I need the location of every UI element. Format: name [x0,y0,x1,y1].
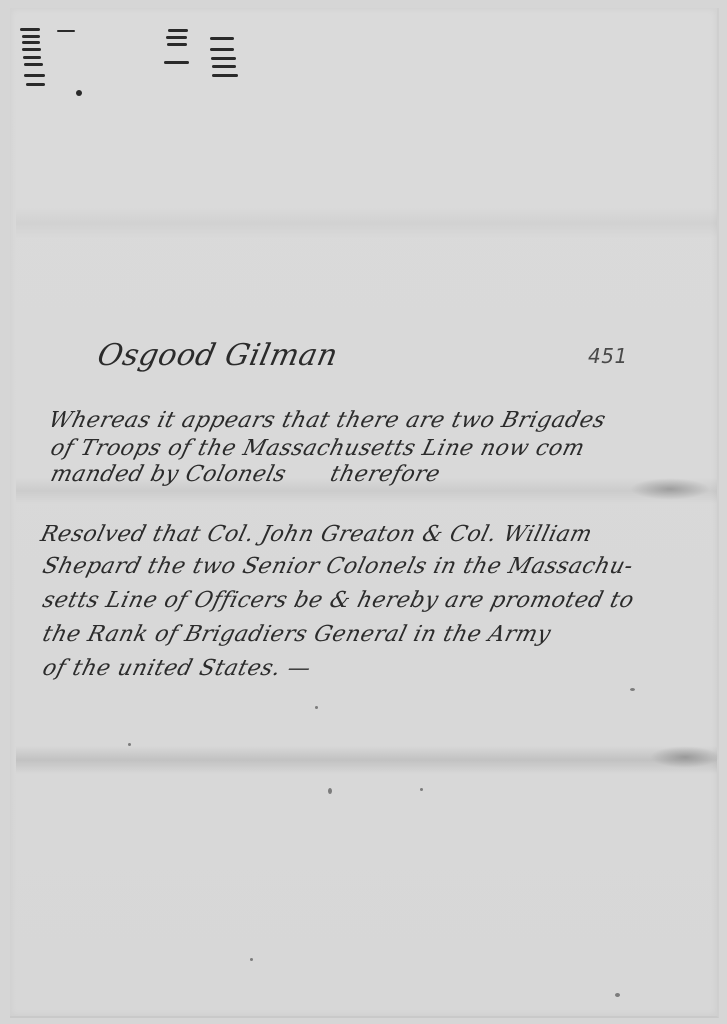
paper-speck [630,688,635,691]
register-mark [22,48,41,51]
register-mark [26,83,45,86]
scanned-document: Osgood Gilman 451 Whereas it appears tha… [0,0,727,1024]
register-mark [210,37,234,40]
register-mark [22,35,40,38]
folio-number: 451 [588,344,628,368]
register-mark [24,74,45,77]
text-line: Shepard the two Senior Colonels in the M… [40,554,636,579]
paper-speck [328,788,332,794]
paper-stain [650,746,720,768]
paper-speck [420,788,423,791]
text-line: of the united States. — [40,656,314,681]
register-mark [167,43,187,46]
manuscript-page: Osgood Gilman 451 Whereas it appears tha… [10,8,719,1018]
paper-speck [250,958,253,961]
paper-stain [630,478,710,500]
text-line: the Rank of Brigadiers General in the Ar… [40,622,554,647]
register-mark [23,56,41,59]
register-mark [211,57,236,60]
register-mark [168,29,188,32]
register-mark [212,65,236,68]
register-dot [76,90,82,96]
paper-fold [16,208,717,238]
text-line: Resolved that Col. John Greaton & Col. W… [38,522,595,547]
register-mark [212,74,238,77]
register-mark [20,28,40,31]
text-line: setts Line of Officers be & hereby are p… [40,588,637,613]
text-line: Whereas it appears that there are two Br… [46,408,608,433]
paper-speck [128,743,131,746]
paper-speck [315,706,318,709]
docket-name: Osgood Gilman [94,338,341,373]
register-mark [210,48,234,51]
paper-fold [16,746,717,774]
paper-speck [615,993,620,997]
register-mark [24,63,43,66]
text-line: of Troops of the Massachusetts Line now … [48,436,587,461]
register-mark [164,61,189,64]
register-mark [22,41,40,44]
register-mark [166,36,187,39]
text-line: manded by Colonels therefore [48,462,443,487]
register-mark [57,30,75,32]
